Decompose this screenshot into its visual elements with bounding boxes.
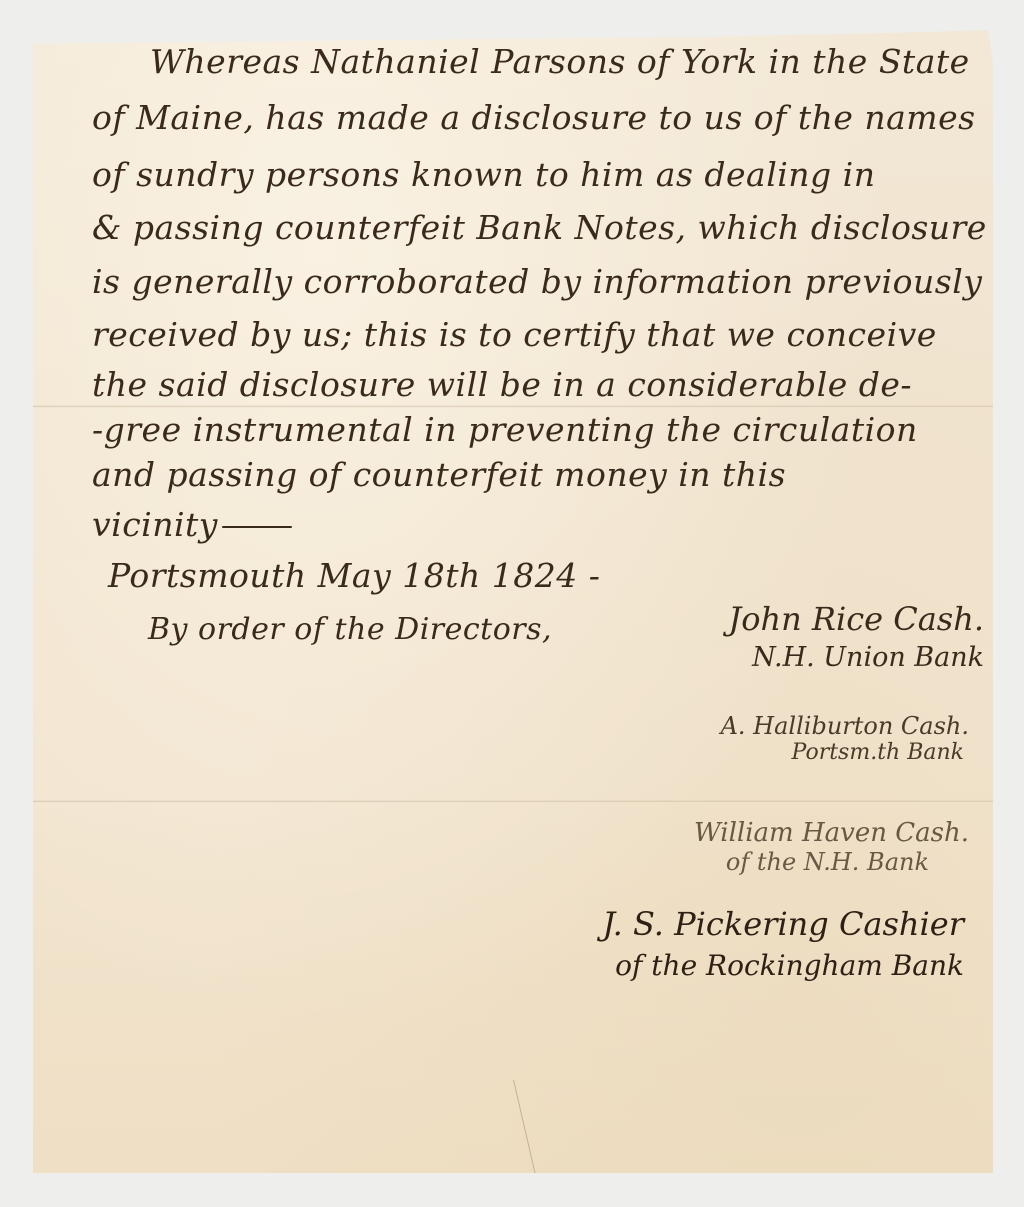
body-line: received by us; this is to certify that … [92, 315, 937, 354]
paper-crease [513, 1080, 541, 1197]
order-line: By order of the Directors, [148, 612, 552, 647]
signature-bank: of the Rockingham Bank [602, 949, 964, 982]
body-line: Whereas Nathaniel Parsons of York in the… [150, 42, 970, 81]
signature-name: A. Halliburton Cash. [721, 712, 969, 740]
closing-word-text: vicinity [92, 505, 218, 544]
flourish-line [222, 526, 292, 528]
signature-block: William Haven Cash. of the N.H. Bank [694, 818, 969, 876]
body-line: and passing of counterfeit money in this [92, 455, 786, 494]
fold-line [33, 405, 993, 408]
body-line: the said disclosure will be in a conside… [92, 365, 912, 404]
date-line: Portsmouth May 18th 1824 - [108, 556, 600, 595]
signature-bank: N.H. Union Bank [728, 642, 984, 673]
signature-block: J. S. Pickering Cashier of the Rockingha… [602, 905, 964, 982]
body-line: -gree instrumental in preventing the cir… [92, 410, 918, 449]
signature-block: A. Halliburton Cash. Portsm.th Bank [721, 712, 969, 765]
closing-word: vicinity [92, 505, 292, 544]
body-line: of sundry persons known to him as dealin… [92, 155, 875, 194]
signature-block: John Rice Cash. N.H. Union Bank [728, 600, 984, 673]
signature-name: William Haven Cash. [694, 818, 969, 848]
body-line: & passing counterfeit Bank Notes, which … [92, 208, 987, 247]
signature-bank: of the N.H. Bank [694, 848, 929, 876]
signature-bank: Portsm.th Bank [721, 740, 964, 765]
fold-line [33, 800, 993, 803]
body-line: is generally corroborated by information… [92, 262, 982, 301]
signature-name: John Rice Cash. [728, 600, 984, 638]
body-line: of Maine, has made a disclosure to us of… [92, 98, 976, 137]
signature-name: J. S. Pickering Cashier [602, 905, 964, 943]
